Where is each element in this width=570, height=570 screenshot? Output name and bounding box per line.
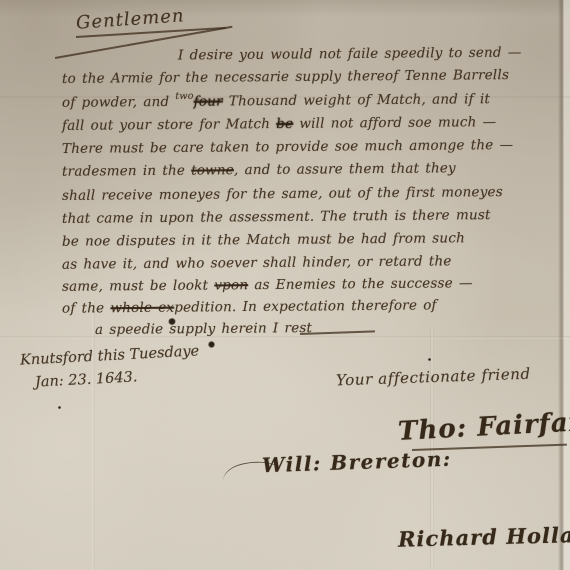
- body-text: same, must be lookt: [62, 277, 214, 294]
- vertical-fold-crease: [92, 300, 95, 570]
- inserted-word: two: [175, 91, 193, 102]
- body-text: , and to assure them that they: [234, 160, 456, 178]
- body-line: to the Armie for the necessarie supply t…: [62, 67, 509, 87]
- body-text: will not afford soe much —: [293, 114, 496, 132]
- body-text: pedition. In expectation therefore of: [174, 297, 437, 315]
- body-text: to the Armie for the necessarie supply t…: [62, 67, 509, 87]
- body-text: There must be care taken to provide soe …: [62, 137, 513, 157]
- body-text: Thousand weight of Match, and if it: [223, 91, 490, 109]
- paper-right-edge-shadow: [558, 0, 564, 570]
- body-line: fall out your store for Match be will no…: [62, 114, 496, 134]
- body-line: same, must be lookt vpon as Enemies to t…: [62, 275, 473, 295]
- ink-speck: [428, 358, 431, 361]
- body-text: of powder, and: [62, 94, 176, 111]
- body-line: be noe disputes in it the Match must be …: [62, 230, 465, 250]
- ink-speck: [58, 406, 61, 409]
- body-line: There must be care taken to provide soe …: [62, 137, 513, 157]
- paper-right-edge-strip: [563, 0, 570, 570]
- body-line: tradesmen in the towne, and to assure th…: [62, 160, 456, 179]
- struck-word: four: [194, 93, 223, 109]
- horizontal-fold-crease: [0, 336, 570, 339]
- body-line: as have it, and who soever shall hinder,…: [62, 253, 452, 272]
- ink-blot: [168, 318, 176, 325]
- body-text: tradesmen in the: [62, 163, 191, 180]
- body-line: of the whole expedition. In expectation …: [62, 297, 437, 316]
- struck-word: be: [276, 116, 293, 132]
- body-text: shall receive moneyes for the same, out …: [62, 184, 503, 204]
- signature-fairfax: Tho: Fairfax: [397, 407, 570, 447]
- body-text: be noe disputes in it the Match must be …: [62, 230, 465, 250]
- body-line: shall receive moneyes for the same, out …: [62, 184, 503, 204]
- body-line: of powder, and twofour Thousand weight o…: [62, 91, 490, 111]
- body-line: that came in upon the assessment. The tr…: [62, 207, 491, 227]
- struck-word: towne: [191, 162, 234, 178]
- signature-brereton: Will: Brereton:: [262, 447, 452, 478]
- body-text: a speedie supply herein I rest: [95, 320, 312, 338]
- body-text: that came in upon the assessment. The tr…: [62, 207, 491, 227]
- closing-valediction: Your affectionate friend: [336, 365, 531, 390]
- dateline-place: Knutsford this Tuesdaye: [20, 343, 200, 368]
- ink-blot: [208, 341, 215, 348]
- body-text: fall out your store for Match: [62, 116, 276, 134]
- body-text: as have it, and who soever shall hinder,…: [62, 253, 452, 272]
- body-line: I desire you would not faile speedily to…: [178, 45, 522, 64]
- body-text: of the: [62, 300, 111, 316]
- body-text: I desire you would not faile speedily to…: [178, 45, 522, 64]
- struck-word: whole ex: [110, 300, 174, 317]
- manuscript-letter-photo: Gentlemen I desire you would not faile s…: [0, 0, 570, 570]
- body-line: a speedie supply herein I rest: [95, 320, 312, 338]
- body-text: as Enemies to the successe —: [248, 275, 473, 293]
- dateline-date: Jan: 23. 1643.: [35, 369, 138, 390]
- struck-word: vpon: [214, 277, 248, 293]
- signature-holland: Richard Holland: [398, 521, 570, 551]
